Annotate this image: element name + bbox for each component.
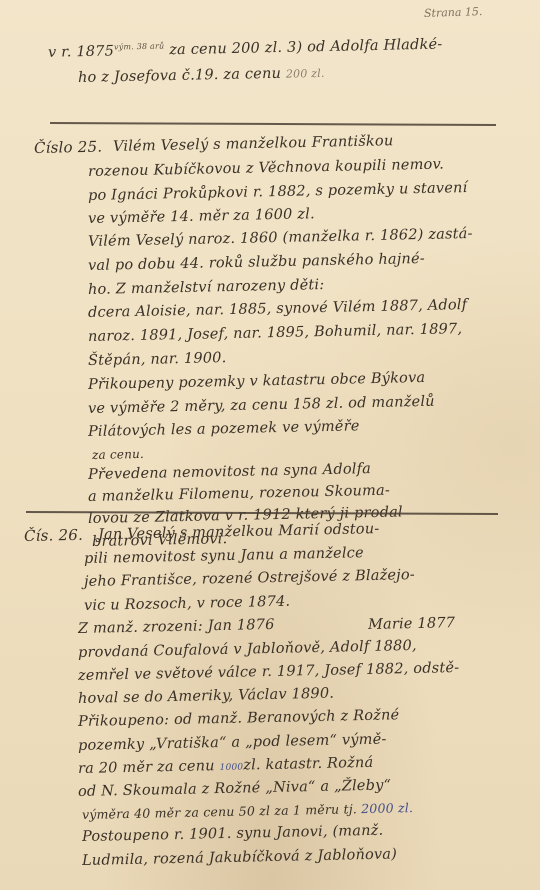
entry-25-line: Převedena nemovitost na syna Adolfa [88, 461, 371, 483]
entry-25-line: a manželku Filomenu, rozenou Skouma- [88, 483, 390, 505]
entry-26-line: provdaná Coufalová v Jabloňově, Adolf 18… [78, 638, 417, 661]
entry-26-line: Marie 1877 [368, 615, 455, 633]
entry-number-25: Číslo 25. [34, 138, 103, 157]
entry-25-line: za cenu. [92, 447, 144, 462]
entry-26-line: ra 20 měr za cenu 1000zl. katastr. Rožná [78, 755, 374, 777]
continuation-text: ho z Josefova č.19. za cenu [78, 66, 281, 86]
entry-26-line: od N. Skoumala z Rožné „Niva“ a „Žleby“ [78, 777, 391, 800]
continuation-date: v r. 1875 [48, 43, 114, 60]
entry-26-line: vic u Rozsoch, v roce 1874. [84, 594, 291, 614]
entry-26-line: jeho Františce, rozené Ostrejšové z Blaž… [84, 567, 415, 590]
section-divider [50, 122, 496, 125]
entry-26-line: pozemky „Vratiška“ a „pod lesem“ výmě- [78, 732, 387, 754]
entry-26-line: Z manž. zrozeni: Jan 1876 [78, 617, 275, 637]
entry-25-line: dcera Aloisie, nar. 1885, synové Vilém 1… [88, 297, 468, 321]
entry-26-line: Postoupeno r. 1901. synu Janovi, (manž. [82, 823, 384, 845]
entry-25-line: rozenou Kubíčkovou z Věchnova koupili ne… [88, 157, 444, 180]
entry-25-line: Vilém Veselý naroz. 1860 (manželka r. 18… [88, 226, 473, 250]
entry-26-line: hoval se do Ameriky, Václav 1890. [78, 686, 334, 707]
entry-26-line: Ludmila, rozená Jakubíčková z Jabloňova) [82, 846, 397, 869]
entry-26-text: výměra 40 měr za cenu 50 zl za 1 měru tj… [82, 801, 357, 822]
entry-25-line: ho. Z manželství narozeny děti: [88, 277, 325, 298]
entry-25-line: po Ignáci Prokůpkovi r. 1882, s pozemky … [88, 180, 468, 204]
page-number: Strana 15. [424, 5, 483, 20]
continuation-area: vým. 38 arů [114, 42, 165, 52]
entry-26-line: výměra 40 měr za cenu 50 zl za 1 měru tj… [82, 800, 413, 822]
entry-26-total-correction: 2000 zl. [361, 800, 413, 816]
entry-25-line: val po dobu 44. roků službu panského haj… [88, 251, 425, 274]
document-page: Strana 15. v r. 1875vým. 38 arů za cenu … [0, 0, 540, 890]
entry-26-text: ra 20 měr za cenu [78, 758, 215, 777]
entry-25-line: Štěpán, nar. 1900. [88, 350, 227, 369]
entry-25-line: ve výměře 14. měr za 1600 zl. [88, 206, 315, 227]
entry-26-line: zemřel ve světové válce r. 1917, Josef 1… [78, 660, 460, 684]
continuation-line-1: v r. 1875vým. 38 arů za cenu 200 zl. 3) … [48, 36, 443, 61]
entry-26-price-correction: 1000 [220, 763, 244, 773]
entry-25-line: Přikoupeny pozemky v katastru obce Býkov… [88, 370, 426, 393]
continuation-price: 200 zl. [286, 67, 325, 81]
entry-26-text: zl. katastr. Rožná [243, 755, 373, 774]
entry-25-line: naroz. 1891, Josef, nar. 1895, Bohumil, … [88, 321, 463, 345]
entry-26-line: Přikoupeno: od manž. Beranových z Rožné [78, 707, 400, 730]
entry-25-line: Vilém Veselý s manželkou Františkou [113, 133, 394, 155]
entry-25-line: ve výměře 2 měry, za cenu 158 zl. od man… [88, 394, 435, 417]
entry-25-line: Pilátových les a pozemek ve výměře [88, 418, 360, 440]
continuation-text: za cenu 200 zl. 3) od Adolfa Hladké- [169, 37, 442, 59]
continuation-line-2: ho z Josefova č.19. za cenu 200 zl. [78, 65, 325, 86]
entry-number-26: Čís. 26. [24, 526, 83, 545]
